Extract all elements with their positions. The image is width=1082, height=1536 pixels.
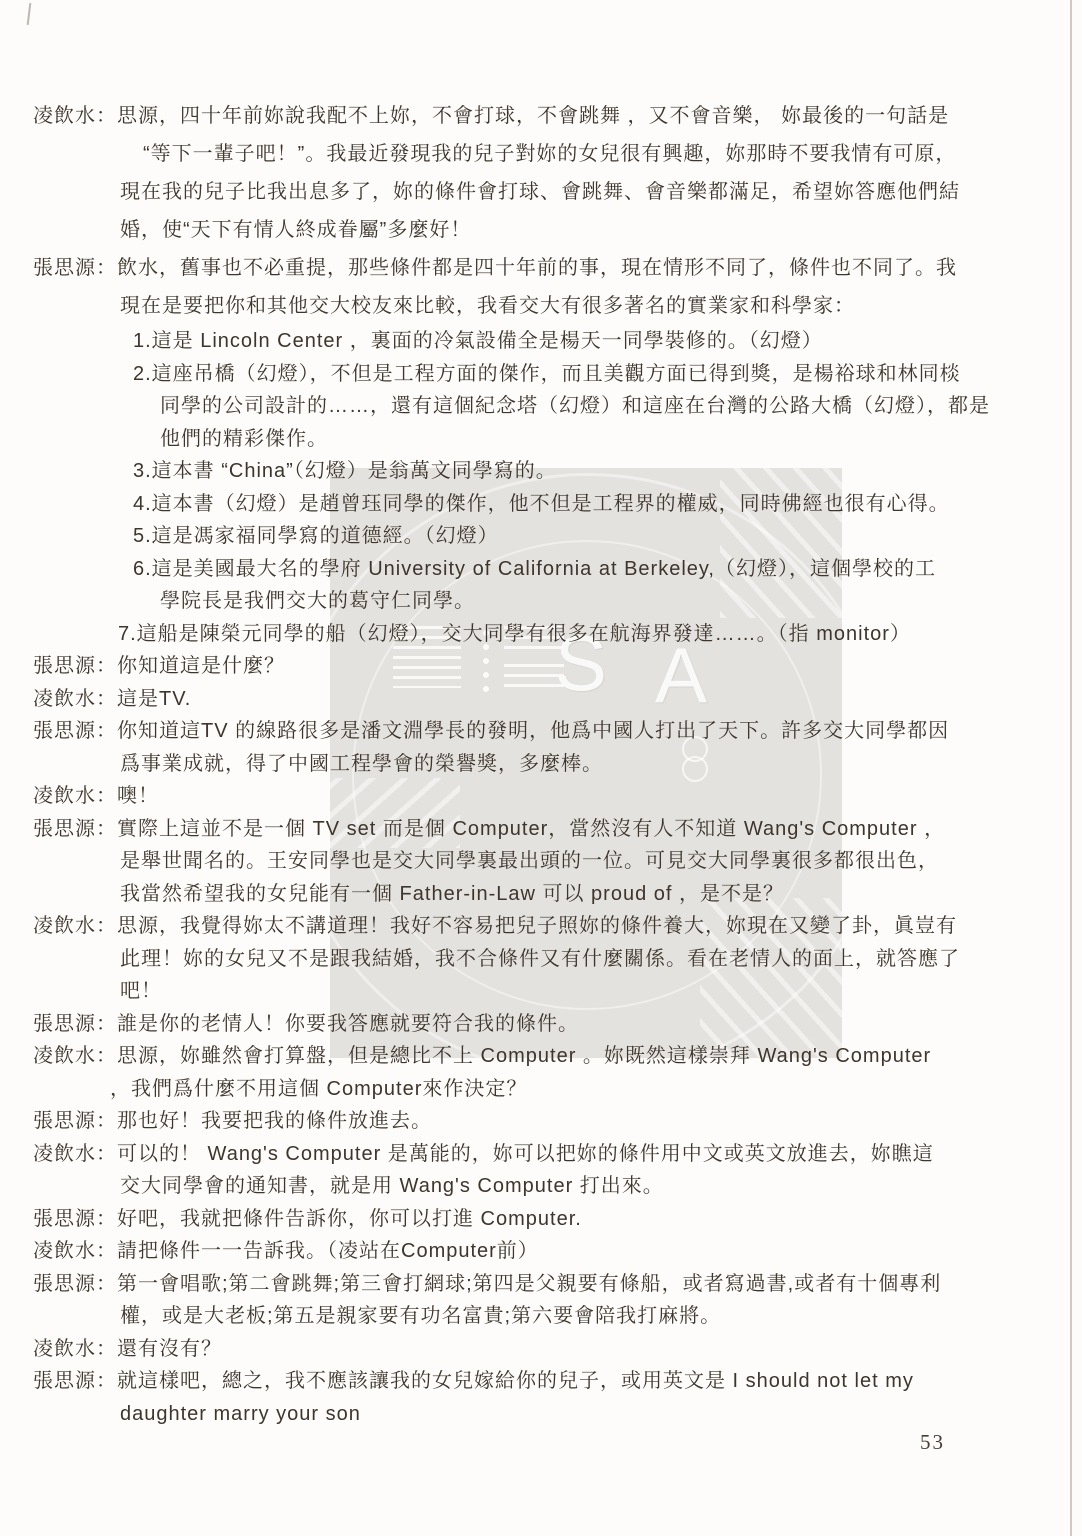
dialogue-line: 張思源：你知道這是什麼？: [0, 650, 1082, 683]
dialogue-line: 婚，使“天下有情人終成眷屬”多麼好！: [0, 211, 1082, 249]
dialogue-text: 此理！妳的女兒又不是跟我結婚，我不合條件又有什麼關係。看在老情人的面上，就答應了: [120, 948, 960, 970]
speaker-name: 凌飲水：: [33, 1338, 117, 1360]
dialogue-text: 1.這是 Lincoln Center ，裏面的冷氣設備全是楊天一同學裝修的。（…: [133, 330, 823, 352]
speaker-name: 張思源：: [33, 1370, 117, 1392]
dialogue-text: 交大同學會的通知書，就是用 Wang's Computer 打出來。: [120, 1175, 664, 1197]
speaker-name: 凌飲水：: [33, 1045, 117, 1067]
dialogue-line: 3.這本書 “China”（幻燈）是翁萬文同學寫的。: [0, 455, 1082, 488]
speaker-name: 凌飲水：: [33, 915, 117, 937]
dialogue-line: 交大同學會的通知書，就是用 Wang's Computer 打出來。: [0, 1170, 1082, 1203]
dialogue-line: 張思源：飲水，舊事也不必重提，那些條件都是四十年前的事，現在情形不同了，條件也不…: [0, 249, 1082, 287]
dialogue-text: 現在是要把你和其他交大校友來比較，我看交大有很多著名的實業家和科學家：: [120, 295, 855, 317]
dialogue-line: 張思源：你知道這TV 的線路很多是潘文淵學長的發明，他爲中國人打出了天下。許多交…: [0, 715, 1082, 748]
dialogue-text: 你知道這是什麼？: [117, 655, 285, 677]
dialogue-line: 5.這是馮家福同學寫的道德經。（幻燈）: [0, 520, 1082, 553]
speaker-name: 凌飲水：: [33, 688, 117, 710]
dialogue-line: 張思源：就這樣吧，總之，我不應該讓我的女兒嫁給你的兒子，或用英文是 I shou…: [0, 1365, 1082, 1398]
dialogue-text: 那也好！我要把我的條件放進去。: [117, 1110, 432, 1132]
speaker-name: 張思源：: [33, 720, 117, 742]
speaker-name: 張思源：: [33, 655, 117, 677]
dialogue-line: 1.這是 Lincoln Center ，裏面的冷氣設備全是楊天一同學裝修的。（…: [0, 325, 1082, 358]
dialogue-text: 可以的！ Wang's Computer 是萬能的，妳可以把妳的條件用中文或英文…: [117, 1143, 934, 1165]
dialogue-line: 張思源：第一會唱歌;第二會跳舞;第三會打網球;第四是父親要有條船，或者寫過書,或…: [0, 1268, 1082, 1301]
speaker-name: 凌飲水：: [33, 1143, 117, 1165]
dialogue-text: 請把條件一一告訴我。（凌站在Computer前）: [117, 1240, 539, 1262]
dialogue-line: 張思源：實際上這並不是一個 TV set 而是個 Computer，當然沒有人不…: [0, 813, 1082, 846]
dialogue-line: 凌飲水：這是TV.: [0, 683, 1082, 716]
dialogue-line: 現在是要把你和其他交大校友來比較，我看交大有很多著名的實業家和科學家：: [0, 287, 1082, 325]
dialogue-text: 爲事業成就，得了中國工程學會的榮譽獎，多麼棒。: [120, 753, 603, 775]
dialogue-line: 4.這本書（幻燈）是趙曾珏同學的傑作，他不但是工程界的權威，同時佛經也很有心得。: [0, 488, 1082, 521]
dialogue-text: “等下一輩子吧！”。我最近發現我的兒子對妳的女兒很有興趣，妳那時不要我情有可原，: [143, 143, 956, 165]
speaker-name: 張思源：: [33, 1110, 117, 1132]
dialogue-text: 吧！: [120, 980, 162, 1002]
dialogue-line: 7.這船是陳榮元同學的船（幻燈），交大同學有很多在航海界發達……。（指 moni…: [0, 618, 1082, 651]
dialogue-text: 婚，使“天下有情人終成眷屬”多麼好！: [120, 219, 471, 241]
dialogue-line: 張思源：那也好！我要把我的條件放進去。: [0, 1105, 1082, 1138]
dialogue-line: 爲事業成就，得了中國工程學會的榮譽獎，多麼棒。: [0, 748, 1082, 781]
dialogue-text: 好吧，我就把條件告訴你，你可以打進 Computer.: [117, 1208, 582, 1230]
dialogue-line: 凌飲水：思源，四十年前妳說我配不上妳，不會打球，不會跳舞 ，又不會音樂， 妳最後…: [0, 97, 1082, 135]
speaker-name: 張思源：: [33, 1273, 117, 1295]
dialogue-text: 是舉世聞名的。王安同學也是交大同學裏最出頭的一位。可見交大同學裏很多都很出色，: [120, 850, 939, 872]
dialogue-text: 7.這船是陳榮元同學的船（幻燈），交大同學有很多在航海界發達……。（指 moni…: [118, 623, 911, 645]
dialogue-text: 思源，妳雖然會打算盤，但是總比不上 Computer 。妳既然這樣崇拜 Wang…: [117, 1045, 931, 1067]
dialogue-text: daughter marry your son: [120, 1403, 361, 1425]
dialogue-line: 凌飲水：思源，我覺得妳太不講道理！我好不容易把兒子照妳的條件養大，妳現在又變了卦…: [0, 910, 1082, 943]
dialogue-text: 3.這本書 “China”（幻燈）是翁萬文同學寫的。: [133, 460, 557, 482]
dialogue-line: 權，或是大老板;第五是親家要有功名富貴;第六要會陪我打麻將。: [0, 1300, 1082, 1333]
dialogue-text: 還有沒有？: [117, 1338, 222, 1360]
dialogue-text-column: 凌飲水：思源，四十年前妳說我配不上妳，不會打球，不會跳舞 ，又不會音樂， 妳最後…: [0, 0, 1082, 1430]
dialogue-text: 4.這本書（幻燈）是趙曾珏同學的傑作，他不但是工程界的權威，同時佛經也很有心得。: [133, 493, 950, 515]
dialogue-text: 誰是你的老情人！你要我答應就要符合我的條件。: [117, 1013, 579, 1035]
dialogue-line: 吧！: [0, 975, 1082, 1008]
speaker-name: 張思源：: [33, 818, 117, 840]
speaker-name: 張思源：: [33, 257, 117, 279]
dialogue-line: 是舉世聞名的。王安同學也是交大同學裏最出頭的一位。可見交大同學裏很多都很出色，: [0, 845, 1082, 878]
dialogue-line: 凌飲水：思源，妳雖然會打算盤，但是總比不上 Computer 。妳既然這樣崇拜 …: [0, 1040, 1082, 1073]
dialogue-text: 我當然希望我的女兒能有一個 Father-in-Law 可以 proud of …: [120, 883, 784, 905]
dialogue-text: ，我們爲什麼不用這個 Computer來作決定？: [110, 1078, 527, 1100]
dialogue-line: 2.這座吊橋（幻燈），不但是工程方面的傑作，而且美觀方面已得到獎，是楊裕球和林同…: [0, 358, 1082, 391]
dialogue-text: 噢！: [117, 785, 159, 807]
dialogue-text: 你知道這TV 的線路很多是潘文淵學長的發明，他爲中國人打出了天下。許多交大同學都…: [117, 720, 949, 742]
dialogue-line: daughter marry your son: [0, 1398, 1082, 1431]
dialogue-line: 我當然希望我的女兒能有一個 Father-in-Law 可以 proud of …: [0, 878, 1082, 911]
dialogue-line: 凌飲水：噢！: [0, 780, 1082, 813]
dialogue-line: ，我們爲什麼不用這個 Computer來作決定？: [0, 1073, 1082, 1106]
dialogue-text: 他們的精彩傑作。: [160, 428, 328, 450]
speaker-name: 凌飲水：: [33, 1240, 117, 1262]
speaker-name: 凌飲水：: [33, 785, 117, 807]
dialogue-text: 就這樣吧，總之，我不應該讓我的女兒嫁給你的兒子，或用英文是 I should n…: [117, 1370, 914, 1392]
dialogue-line: “等下一輩子吧！”。我最近發現我的兒子對妳的女兒很有興趣，妳那時不要我情有可原，: [0, 135, 1082, 173]
page-number: 53: [920, 1430, 945, 1455]
dialogue-line: 他們的精彩傑作。: [0, 423, 1082, 456]
dialogue-line: 凌飲水：請把條件一一告訴我。（凌站在Computer前）: [0, 1235, 1082, 1268]
speaker-name: 張思源：: [33, 1208, 117, 1230]
dialogue-line: 現在我的兒子比我出息多了，妳的條件會打球、會跳舞、會音樂都滿足，希望妳答應他們結: [0, 173, 1082, 211]
dialogue-line: 張思源：誰是你的老情人！你要我答應就要符合我的條件。: [0, 1008, 1082, 1041]
dialogue-line: 凌飲水：還有沒有？: [0, 1333, 1082, 1366]
dialogue-line: 學院長是我們交大的葛守仁同學。: [0, 585, 1082, 618]
page-edge-line: [1070, 0, 1072, 1536]
dialogue-line: 凌飲水：可以的！ Wang's Computer 是萬能的，妳可以把妳的條件用中…: [0, 1138, 1082, 1171]
dialogue-text: 6.這是美國最大名的學府 University of California at…: [133, 558, 936, 580]
dialogue-text: 思源，我覺得妳太不講道理！我好不容易把兒子照妳的條件養大，妳現在又變了卦，眞豈有: [117, 915, 957, 937]
dialogue-text: 第一會唱歌;第二會跳舞;第三會打網球;第四是父親要有條船，或者寫過書,或者有十個…: [117, 1273, 941, 1295]
dialogue-text: 這是TV.: [117, 688, 191, 710]
dialogue-text: 權，或是大老板;第五是親家要有功名富貴;第六要會陪我打麻將。: [120, 1305, 721, 1327]
dialogue-text: 學院長是我們交大的葛守仁同學。: [160, 590, 475, 612]
dialogue-text: 2.這座吊橋（幻燈），不但是工程方面的傑作，而且美觀方面已得到獎，是楊裕球和林同…: [133, 363, 961, 385]
dialogue-line: 張思源：好吧，我就把條件告訴你，你可以打進 Computer.: [0, 1203, 1082, 1236]
dialogue-line: 6.這是美國最大名的學府 University of California at…: [0, 553, 1082, 586]
dialogue-text: 同學的公司設計的……，還有這個紀念塔（幻燈）和這座在台灣的公路大橋（幻燈），都是: [160, 395, 990, 417]
dialogue-line: 同學的公司設計的……，還有這個紀念塔（幻燈）和這座在台灣的公路大橋（幻燈），都是: [0, 390, 1082, 423]
dialogue-line: 此理！妳的女兒又不是跟我結婚，我不合條件又有什麼關係。看在老情人的面上，就答應了: [0, 943, 1082, 976]
speaker-name: 張思源：: [33, 1013, 117, 1035]
dialogue-text: 飲水，舊事也不必重提，那些條件都是四十年前的事，現在情形不同了，條件也不同了。我: [117, 257, 957, 279]
dialogue-text: 思源，四十年前妳說我配不上妳，不會打球，不會跳舞 ，又不會音樂， 妳最後的一句話…: [117, 105, 949, 127]
page: S A 凌飲水：思源，四十年前妳說我配不上妳，不會打球，不會跳舞 ，又不會音樂，…: [0, 0, 1082, 1536]
speaker-name: 凌飲水：: [33, 105, 117, 127]
dialogue-text: 實際上這並不是一個 TV set 而是個 Computer，當然沒有人不知道 W…: [117, 818, 945, 840]
dialogue-text: 5.這是馮家福同學寫的道德經。（幻燈）: [133, 525, 499, 547]
dialogue-text: 現在我的兒子比我出息多了，妳的條件會打球、會跳舞、會音樂都滿足，希望妳答應他們結: [120, 181, 960, 203]
